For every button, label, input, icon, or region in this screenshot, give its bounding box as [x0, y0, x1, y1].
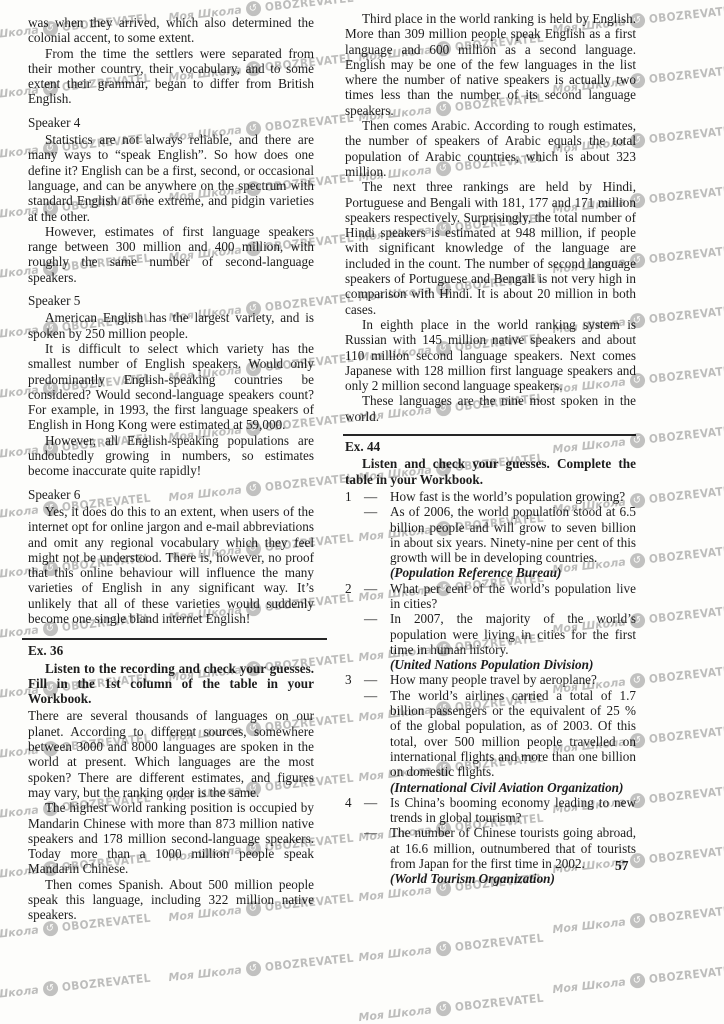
watermark-brand-text: OBOZREVATEL	[648, 603, 724, 628]
question-row-3: 3 — How many people travel by aeroplane?	[345, 672, 636, 687]
paragraph-hindi-portuguese-bengali: The next three rankings are held by Hind…	[345, 179, 636, 317]
watermark-brand-text: OBOZREVATEL	[648, 243, 724, 268]
dash: —	[364, 688, 390, 703]
answer-row-4: — The number of Chinese tourists going a…	[345, 825, 636, 871]
source-row-3: (International Civil Aviation Organizati…	[345, 780, 636, 795]
watermark: Моя Школа↺OBOZREVATEL	[552, 902, 724, 937]
watermark-school-text: Моя Школа	[552, 974, 627, 997]
watermark-school-text: Моя Школа	[0, 982, 39, 1005]
paragraph-colonial-accent: was when they arrived, which also determ…	[28, 15, 314, 46]
source-text: (United Nations Population Division)	[390, 657, 636, 672]
dash: —	[364, 672, 390, 687]
answer-row-2: — In 2007, the majority of the world’s p…	[345, 611, 636, 657]
paragraph-spanish: Then comes Spanish. About 500 million pe…	[28, 877, 314, 923]
watermark-brand-text: OBOZREVATEL	[648, 483, 724, 508]
paragraph-thousands-of-languages: There are several thousands of languages…	[28, 708, 314, 800]
paragraph-nine-most-spoken: These languages are the nine most spoken…	[345, 393, 636, 424]
paragraph-smallest-variety: It is difficult to select which variety …	[28, 341, 314, 433]
answer-row-1: — As of 2006, the world population stood…	[345, 504, 636, 565]
watermark-school-text: Моя Школа	[358, 1002, 433, 1024]
watermark-brand-text: OBOZREVATEL	[648, 963, 724, 988]
watermark-brand-text: OBOZREVATEL	[648, 183, 724, 208]
answer-text: As of 2006, the world population stood a…	[390, 504, 636, 565]
source-row-1: (Population Reference Bureau)	[345, 565, 636, 580]
watermark-brand-text: OBOZREVATEL	[648, 3, 724, 28]
source-text: (World Tourism Organization)	[390, 871, 636, 886]
watermark-brand-text: OBOZREVATEL	[264, 951, 354, 976]
obozrevatel-logo-icon: ↺	[245, 961, 261, 977]
obozrevatel-logo-icon: ↺	[629, 913, 645, 929]
answer-text: The world’s airlines carried a total of …	[390, 688, 636, 780]
ex36-divider	[22, 638, 327, 640]
watermark-school-text: Моя Школа	[168, 962, 243, 985]
question-number: 4	[345, 795, 364, 810]
ex44-divider	[343, 434, 636, 436]
paragraph-statistics: Statistics are not always reliable, and …	[28, 132, 314, 224]
dash: —	[364, 795, 390, 810]
paragraph-estimates: However, estimates of first language spe…	[28, 224, 314, 285]
answer-text: The number of Chinese tourists going abr…	[390, 825, 636, 871]
ex44-label: Ex. 44	[345, 439, 636, 454]
question-number: 2	[345, 581, 364, 596]
watermark-brand-text: OBOZREVATEL	[648, 423, 724, 448]
speaker-5-heading: Speaker 5	[28, 293, 314, 308]
paragraph-american-english: American English has the largest variety…	[28, 310, 314, 341]
watermark-school-text: Моя Школа	[358, 942, 433, 965]
ex44-instructions: Listen and check your guesses. Complete …	[345, 456, 636, 487]
ex36-instructions: Listen to the recording and check your g…	[28, 661, 314, 707]
question-row-2: 2 — What per cent of the world’s populat…	[345, 581, 636, 612]
dash: —	[364, 825, 390, 840]
watermark-brand-text: OBOZREVATEL	[648, 843, 724, 868]
left-column: was when they arrived, which also determ…	[28, 15, 314, 923]
paragraph-populations-growing: However, all English-speaking population…	[28, 433, 314, 479]
watermark-school-text: Моя Школа	[0, 922, 39, 945]
source-text: (International Civil Aviation Organizati…	[390, 780, 636, 795]
watermark-brand-text: OBOZREVATEL	[648, 63, 724, 88]
watermark-brand-text: OBOZREVATEL	[648, 303, 724, 328]
watermark-brand-text: OBOZREVATEL	[648, 723, 724, 748]
watermark-brand-text: OBOZREVATEL	[648, 363, 724, 388]
watermark: Моя Школа↺OBOZREVATEL	[0, 970, 159, 1005]
question-text: Is China’s booming economy leading to ne…	[390, 795, 636, 826]
watermark: Моя Школа↺OBOZREVATEL	[168, 950, 362, 985]
question-text: How fast is the world’s population growi…	[390, 489, 636, 504]
source-text: (Population Reference Bureau)	[390, 565, 636, 580]
obozrevatel-logo-icon: ↺	[435, 1001, 451, 1017]
obozrevatel-logo-icon: ↺	[42, 921, 58, 937]
speaker-6-heading: Speaker 6	[28, 487, 314, 502]
paragraph-arabic: Then comes Arabic. According to rough es…	[345, 118, 636, 179]
right-column: Third place in the world ranking is held…	[345, 11, 636, 887]
watermark: Моя Школа↺OBOZREVATEL	[358, 990, 552, 1024]
watermark-brand-text: OBOZREVATEL	[454, 931, 544, 956]
dash: —	[364, 504, 390, 519]
page-number: 57	[615, 858, 629, 873]
question-number: 1	[345, 489, 364, 504]
speaker-4-heading: Speaker 4	[28, 115, 314, 130]
watermark-brand-text: OBOZREVATEL	[648, 783, 724, 808]
question-text: What per cent of the world’s population …	[390, 581, 636, 612]
watermark-brand-text: OBOZREVATEL	[648, 123, 724, 148]
obozrevatel-logo-icon: ↺	[629, 973, 645, 989]
question-number: 3	[345, 672, 364, 687]
answer-text: In 2007, the majority of the world’s pop…	[390, 611, 636, 657]
watermark-brand-text: OBOZREVATEL	[454, 991, 544, 1016]
question-text: How many people travel by aeroplane?	[390, 672, 636, 687]
paragraph-settlers: From the time the settlers were separate…	[28, 46, 314, 107]
source-row-2: (United Nations Population Division)	[345, 657, 636, 672]
answer-row-3: — The world’s airlines carried a total o…	[345, 688, 636, 780]
obozrevatel-logo-icon: ↺	[435, 941, 451, 957]
paragraph-internet-english: Yes, it does do this to an extent, when …	[28, 504, 314, 626]
scanned-textbook-page: was when they arrived, which also determ…	[0, 0, 724, 1024]
dash: —	[364, 611, 390, 626]
dash: —	[364, 581, 390, 596]
watermark-brand-text: OBOZREVATEL	[264, 0, 354, 15]
watermark-brand-text: OBOZREVATEL	[648, 903, 724, 928]
watermark-school-text: Моя Школа	[552, 914, 627, 937]
source-row-4: (World Tourism Organization)	[345, 871, 636, 886]
watermark: Моя Школа↺OBOZREVATEL	[552, 962, 724, 997]
ex36-label: Ex. 36	[28, 643, 314, 658]
paragraph-mandarin-chinese: The highest world ranking position is oc…	[28, 800, 314, 876]
question-row-1: 1 — How fast is the world’s population g…	[345, 489, 636, 504]
watermark-brand-text: OBOZREVATEL	[648, 663, 724, 688]
paragraph-english-third-place: Third place in the world ranking is held…	[345, 11, 636, 118]
watermark-brand-text: OBOZREVATEL	[648, 543, 724, 568]
dash: —	[364, 489, 390, 504]
paragraph-russian-japanese: In eighth place in the world ranking sys…	[345, 317, 636, 393]
question-row-4: 4 — Is China’s booming economy leading t…	[345, 795, 636, 826]
watermark-brand-text: OBOZREVATEL	[61, 971, 151, 996]
watermark: Моя Школа↺OBOZREVATEL	[358, 930, 552, 965]
obozrevatel-logo-icon: ↺	[42, 981, 58, 997]
